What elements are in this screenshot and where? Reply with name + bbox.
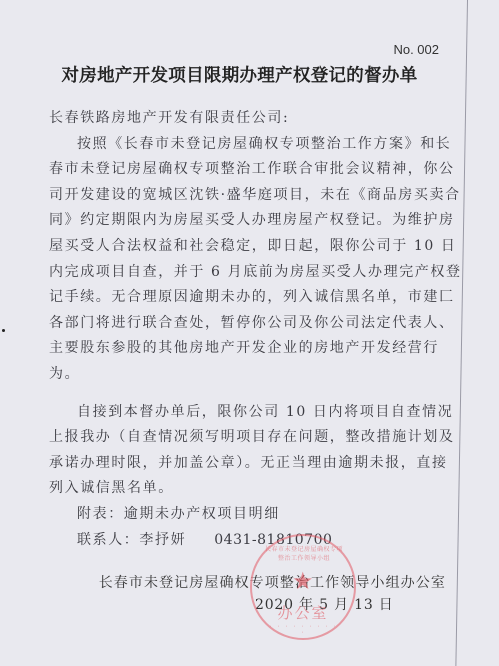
paragraph-line: 内完成项目自查，并于 6 月底前为房屋买受人办理完产权登: [49, 260, 397, 286]
paragraph-line: 按照《长春市未登记房屋确权专项整治工作方案》和长: [49, 132, 397, 158]
paragraph-line: 同》约定期限内为房屋买受人办理房屋产权登记。为维护房: [49, 208, 397, 234]
document-body: 长春铁路房地产开发有限责任公司: 按照《长春市未登记房屋确权专项整治工作方案》和…: [49, 106, 397, 553]
paragraph-line: 承诺办理时限，并加盖公章）。无正当理由逾期未报，直接: [49, 451, 397, 477]
paragraph-line: 主要股东参股的其他房地产开发企业的房地产开发经营行: [49, 336, 397, 362]
document-number: No. 002: [393, 42, 439, 57]
contact-person: 联系人：李抒妍: [77, 532, 186, 548]
paragraph-line: 上报我办（自查情况须写明项目存在问题，整改措施计划及: [49, 425, 397, 451]
paragraph-line: 记手续。无合理原因逾期未办的，列入诚信黑名单，市建匚: [49, 285, 397, 311]
issue-date: 2020 年 5 月 13 日: [255, 594, 394, 614]
attachment-note: 附表：逾期未办产权项目明细: [49, 502, 397, 528]
paragraph-line: 各部门将进行联合查处，暂停你公司及你公司法定代表人、: [49, 311, 397, 337]
paragraph-gap: [49, 388, 397, 400]
contact-line: 联系人：李抒妍 0431-81810700: [49, 528, 397, 554]
paragraph-1: 按照《长春市未登记房屋确权专项整治工作方案》和长 春市未登记房屋确权专项整治工作…: [49, 132, 397, 388]
paper-edge-line: [455, 0, 468, 666]
scan-artifact-dot: [2, 329, 5, 332]
contact-phone: 0431-81810700: [214, 532, 332, 548]
paragraph-2: 自接到本督办单后，限你公司 10 日内将项目自查情况 上报我办（自查情况须写明项…: [49, 400, 397, 502]
paragraph-line: 司开发建设的宽城区沈铁·盛华庭项目，未在《商品房买卖合: [49, 183, 397, 209]
paragraph-line: 自接到本督办单后，限你公司 10 日内将项目自查情况: [49, 400, 397, 426]
paragraph-line: 春市未登记房屋确权专项整治工作联合审批会议精神，你公: [49, 157, 397, 183]
issuing-organization: 长春市未登记房屋确权专项整治工作领导小组办公室: [99, 572, 446, 592]
document-title: 对房地产开发项目限期办理产权登记的督办单: [0, 62, 499, 87]
paragraph-line: 屋买受人合法权益和社会稳定，即日起，限你公司于 10 日: [49, 234, 397, 260]
salutation: 长春铁路房地产开发有限责任公司:: [49, 106, 397, 132]
seal-serial-text: · · · · · · · · · ·: [266, 624, 340, 636]
paragraph-line: 为。: [49, 362, 397, 388]
paragraph-line: 列入诚信黑名单。: [49, 476, 397, 502]
